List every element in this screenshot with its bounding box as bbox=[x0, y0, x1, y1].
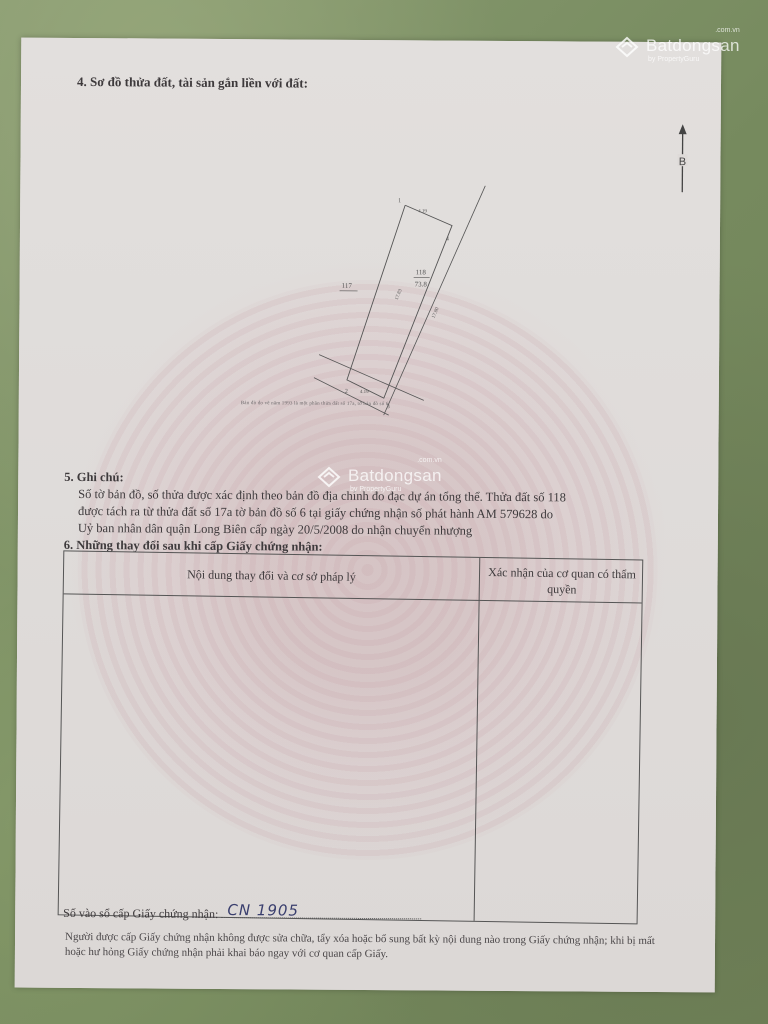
section-5-heading: 5. Ghi chú: bbox=[64, 470, 123, 485]
column-divider bbox=[474, 558, 481, 921]
registry-label: Số vào sổ cấp Giấy chứng nhận: bbox=[63, 906, 218, 921]
parcel-diagram: 1 4.19 4 118 73.8 17.83 17.80 117 2 4.19… bbox=[219, 179, 521, 421]
svg-text:117: 117 bbox=[342, 282, 353, 290]
registry-value-field: CN 1905 bbox=[221, 917, 421, 919]
svg-text:17.83: 17.83 bbox=[395, 288, 404, 301]
svg-text:4: 4 bbox=[446, 237, 449, 243]
svg-text:2: 2 bbox=[345, 389, 348, 395]
svg-text:4.19: 4.19 bbox=[418, 209, 427, 214]
footnote-warning: Người được cấp Giấy chứng nhận không đượ… bbox=[65, 930, 665, 964]
column-header-content: Nội dung thay đổi và cơ sở pháp lý bbox=[64, 565, 479, 587]
certificate-page: 4. Sơ đồ thửa đất, tài sản gắn liền với … bbox=[15, 38, 722, 993]
svg-text:73.8: 73.8 bbox=[415, 280, 428, 288]
svg-text:118: 118 bbox=[416, 268, 427, 276]
registry-number: Số vào sổ cấp Giấy chứng nhận: CN 1905 bbox=[63, 906, 421, 923]
changes-table: Nội dung thay đổi và cơ sở pháp lý Xác n… bbox=[58, 550, 644, 924]
column-header-confirmation: Xác nhận của cơ quan có thẩm quyền bbox=[480, 564, 644, 599]
table-header: Nội dung thay đổi và cơ sở pháp lý Xác n… bbox=[64, 551, 643, 603]
notes-text: Số tờ bản đồ, số thửa được xác định theo… bbox=[78, 486, 688, 541]
north-arrow-icon: B bbox=[672, 124, 692, 194]
svg-text:B: B bbox=[679, 156, 686, 168]
svg-text:17.80: 17.80 bbox=[432, 306, 441, 319]
diagram-caption: Bản đồ đo vẽ năm 1993 là một phần thửa đ… bbox=[241, 401, 389, 407]
watermark-tld: .com.vn bbox=[715, 27, 740, 34]
svg-text:1: 1 bbox=[398, 198, 401, 204]
registry-value: CN 1905 bbox=[227, 901, 299, 919]
section-4-heading: 4. Sơ đồ thửa đất, tài sản gắn liền với … bbox=[77, 74, 308, 92]
svg-text:4.19: 4.19 bbox=[360, 390, 369, 395]
